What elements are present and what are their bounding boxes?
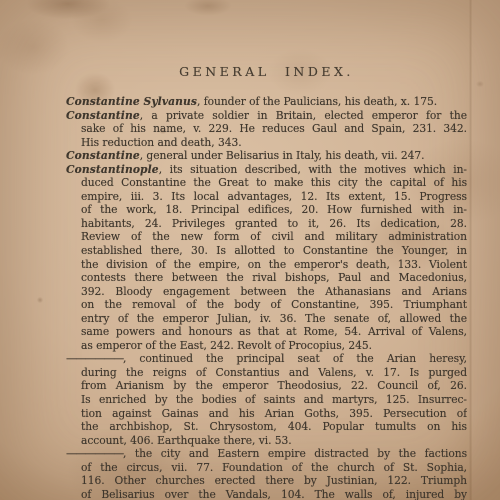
index-line: His reduction and death, 343. [66, 136, 467, 150]
index-line: from Arianism by the emperor Theodosius,… [66, 379, 467, 393]
index-line: account, 406. Earthquake there, vi. 53. [66, 434, 467, 448]
index-entry: ——————, the city and Eastern empire dist… [66, 447, 467, 500]
index-line: of the work, 18. Principal edifices, 20.… [66, 203, 467, 217]
index-line: as emperor of the East, 242. Revolt of P… [66, 339, 467, 353]
index-line: ——————, continued the principal seat of … [66, 352, 467, 366]
index-term: Constantine Sylvanus [66, 95, 197, 108]
index-term: Constantine [66, 149, 140, 162]
ditto-dash: —————— [66, 352, 123, 365]
index-line: of the circus, vii. 77. Foundation of th… [66, 461, 467, 475]
index-line: the archbishop, St. Chrysostom, 404. Pop… [66, 420, 467, 434]
page-crease [469, 0, 472, 500]
index-line: 392. Bloody engagement between the Athan… [66, 285, 467, 299]
index-line: ——————, the city and Eastern empire dist… [66, 447, 467, 461]
page-edge-band [472, 0, 500, 500]
index-line: contests there between the rival bishops… [66, 271, 467, 285]
index-line: Constantinople, its situation described,… [66, 163, 467, 177]
index-entry: Constantine, a private soldier in Britai… [66, 109, 467, 150]
index-entry: Constantine Sylvanus, founder of the Pau… [66, 95, 467, 109]
index-line: habitants, 24. Privileges granted to it,… [66, 217, 467, 231]
index-line: established there, 30. Is allotted to Co… [66, 244, 467, 258]
index-entries: Constantine Sylvanus, founder of the Pau… [66, 95, 467, 500]
index-entry: ——————, continued the principal seat of … [66, 352, 467, 447]
ditto-dash: —————— [66, 447, 123, 460]
index-line: empire, iii. 3. Its local advantages, 12… [66, 190, 467, 204]
index-line: sake of his name, v. 229. He reduces Gau… [66, 122, 467, 136]
index-line: during the reigns of Constantius and Val… [66, 366, 467, 380]
index-term: Constantine [66, 109, 140, 122]
index-line: Constantine, general under Belisarius in… [66, 149, 467, 163]
index-line: entry of the emperor Julian, iv. 36. The… [66, 312, 467, 326]
book-page: GENERAL INDEX. Constantine Sylvanus, fou… [0, 0, 500, 500]
index-line: tion against Gainas and his Arian Goths,… [66, 407, 467, 421]
index-line: duced Constantine the Great to make this… [66, 176, 467, 190]
index-line: 116. Other churches erected there by Jus… [66, 474, 467, 488]
index-line: of Belisarius over the Vandals, 104. The… [66, 488, 467, 500]
index-line: Is enriched by the bodies of saints and … [66, 393, 467, 407]
index-term: Constantinople [66, 163, 159, 176]
index-line: the division of the empire, on the emper… [66, 258, 467, 272]
index-line: Constantine, a private soldier in Britai… [66, 109, 467, 123]
index-line: Review of the new form of civil and mili… [66, 230, 467, 244]
index-entry: Constantine, general under Belisarius in… [66, 149, 467, 163]
index-line: on the removal of the body of Constantin… [66, 298, 467, 312]
page-title: GENERAL INDEX. [66, 64, 467, 79]
index-line: Constantine Sylvanus, founder of the Pau… [66, 95, 467, 109]
index-line: same powers and honours as that at Rome,… [66, 325, 467, 339]
index-entry: Constantinople, its situation described,… [66, 163, 467, 353]
